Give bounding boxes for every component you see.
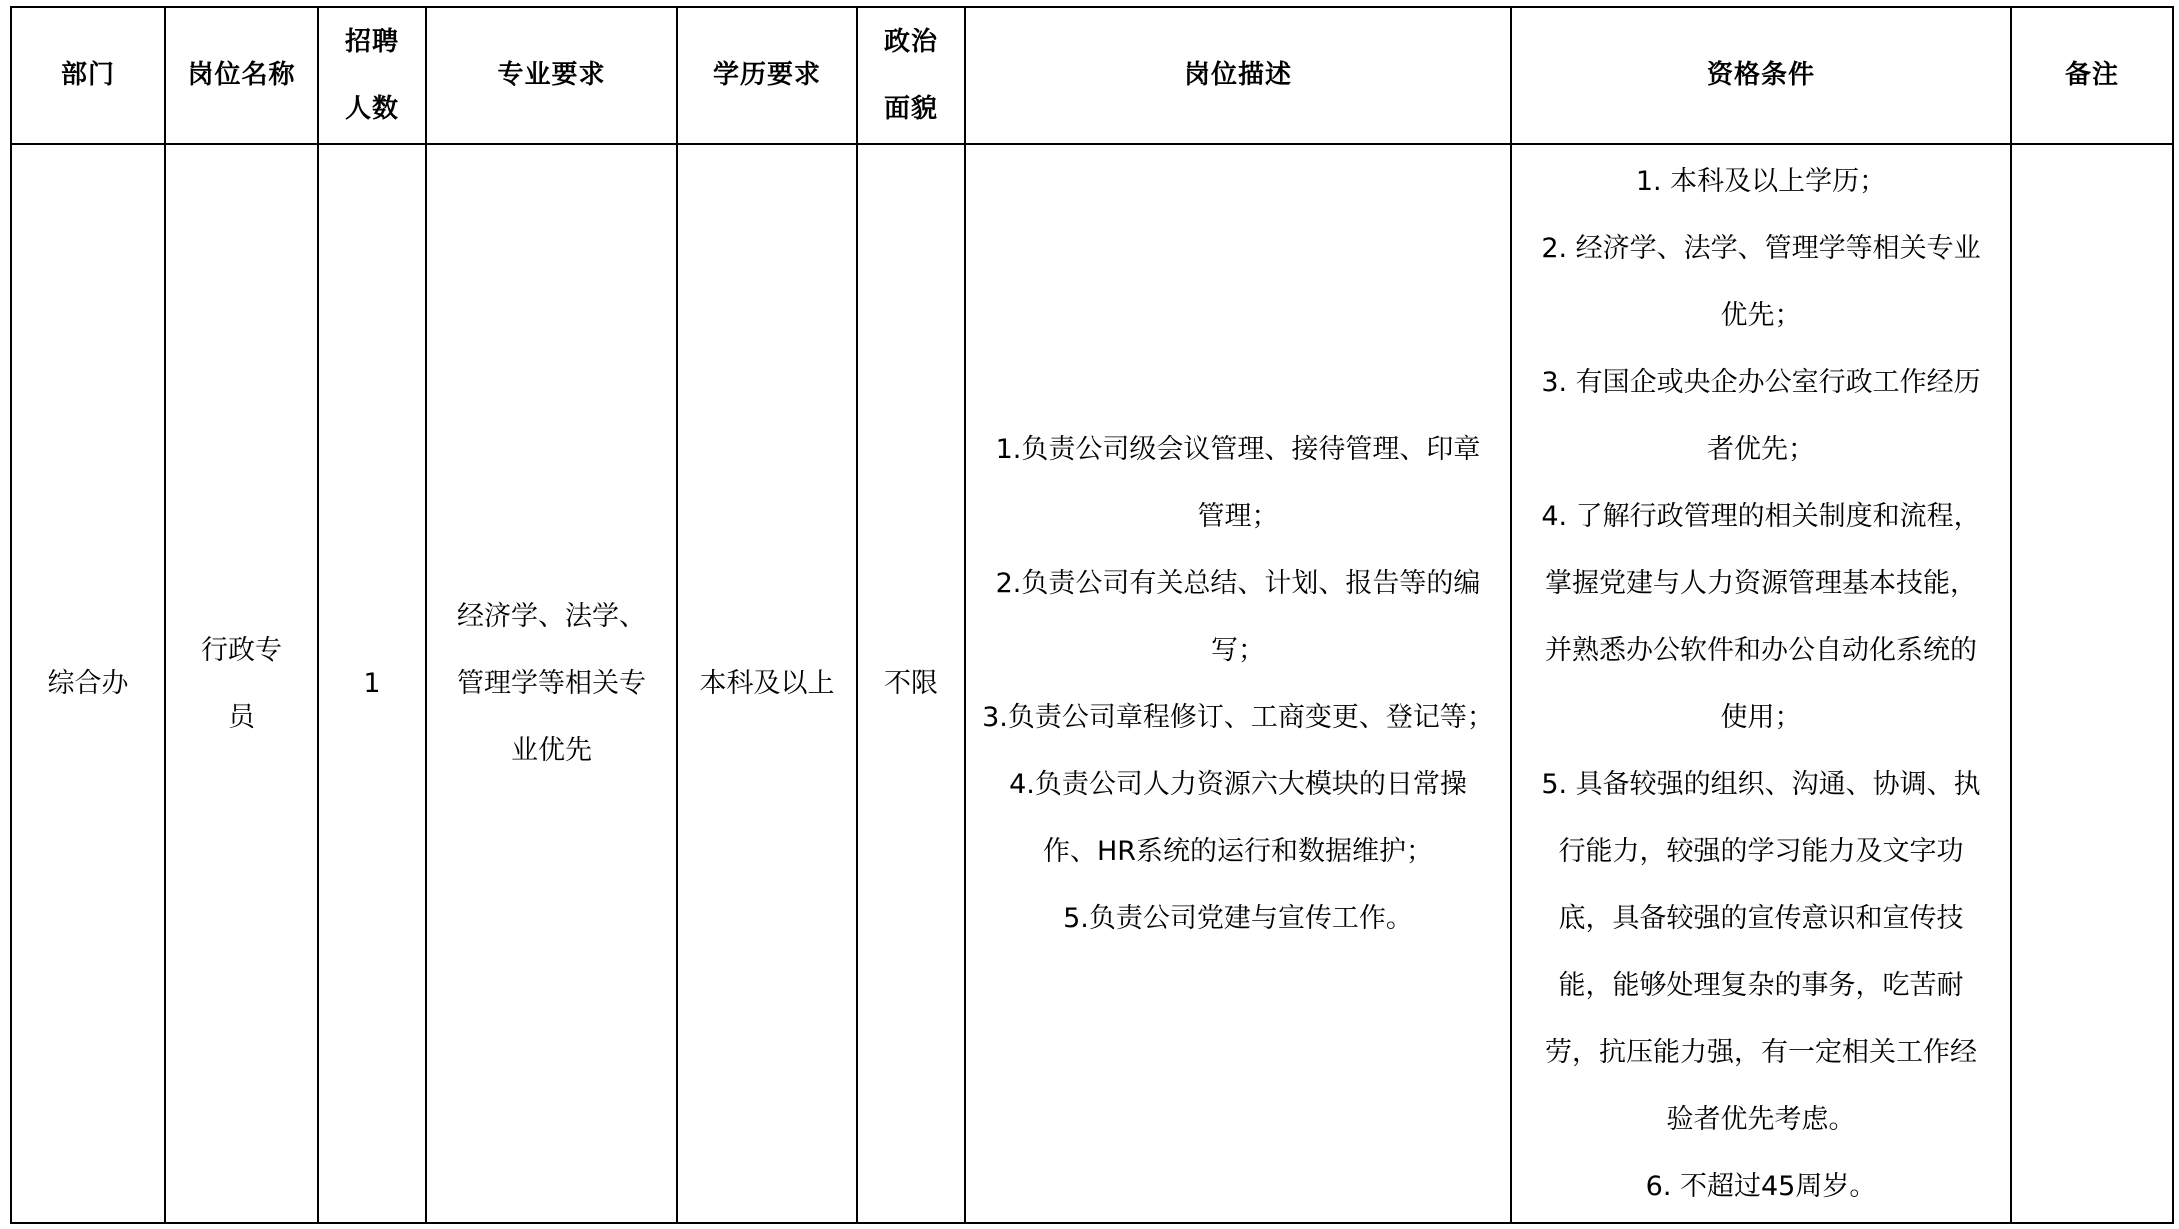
cell-position: 行政专员 xyxy=(165,144,318,1223)
cell-political-status: 不限 xyxy=(857,144,965,1223)
table-body: 综合办 行政专员 1 经济学、法学、 管理学等相关专 业优先 本科及以上 不限 … xyxy=(11,144,2173,1223)
cell-description: 1.负责公司级会议管理、接待管理、印章 管理； 2.负责公司有关总结、计划、报告… xyxy=(965,144,1511,1223)
table-header: 部门 岗位名称 招聘 人数 专业要求 学历要求 政治 面貌 岗位描述 xyxy=(11,7,2173,144)
table-row: 综合办 行政专员 1 经济学、法学、 管理学等相关专 业优先 本科及以上 不限 … xyxy=(11,144,2173,1223)
header-qualifications: 资格条件 xyxy=(1511,7,2011,144)
cell-qualifications: 1. 本科及以上学历； 2. 经济学、法学、管理学等相关专业 优先； 3. 有国… xyxy=(1511,144,2011,1223)
header-major: 专业要求 xyxy=(426,7,677,144)
cell-department: 综合办 xyxy=(11,144,165,1223)
header-political-status: 政治 面貌 xyxy=(857,7,965,144)
cell-remarks xyxy=(2011,144,2173,1223)
header-department: 部门 xyxy=(11,7,165,144)
header-row: 部门 岗位名称 招聘 人数 专业要求 学历要求 政治 面貌 岗位描述 xyxy=(11,7,2173,144)
header-description: 岗位描述 xyxy=(965,7,1511,144)
cell-major: 经济学、法学、 管理学等相关专 业优先 xyxy=(426,144,677,1223)
header-headcount: 招聘 人数 xyxy=(318,7,426,144)
header-remarks: 备注 xyxy=(2011,7,2173,144)
cell-education: 本科及以上 xyxy=(677,144,857,1223)
cell-headcount: 1 xyxy=(318,144,426,1223)
header-education: 学历要求 xyxy=(677,7,857,144)
header-position: 岗位名称 xyxy=(165,7,318,144)
recruitment-table: 部门 岗位名称 招聘 人数 专业要求 学历要求 政治 面貌 岗位描述 xyxy=(10,6,2174,1224)
